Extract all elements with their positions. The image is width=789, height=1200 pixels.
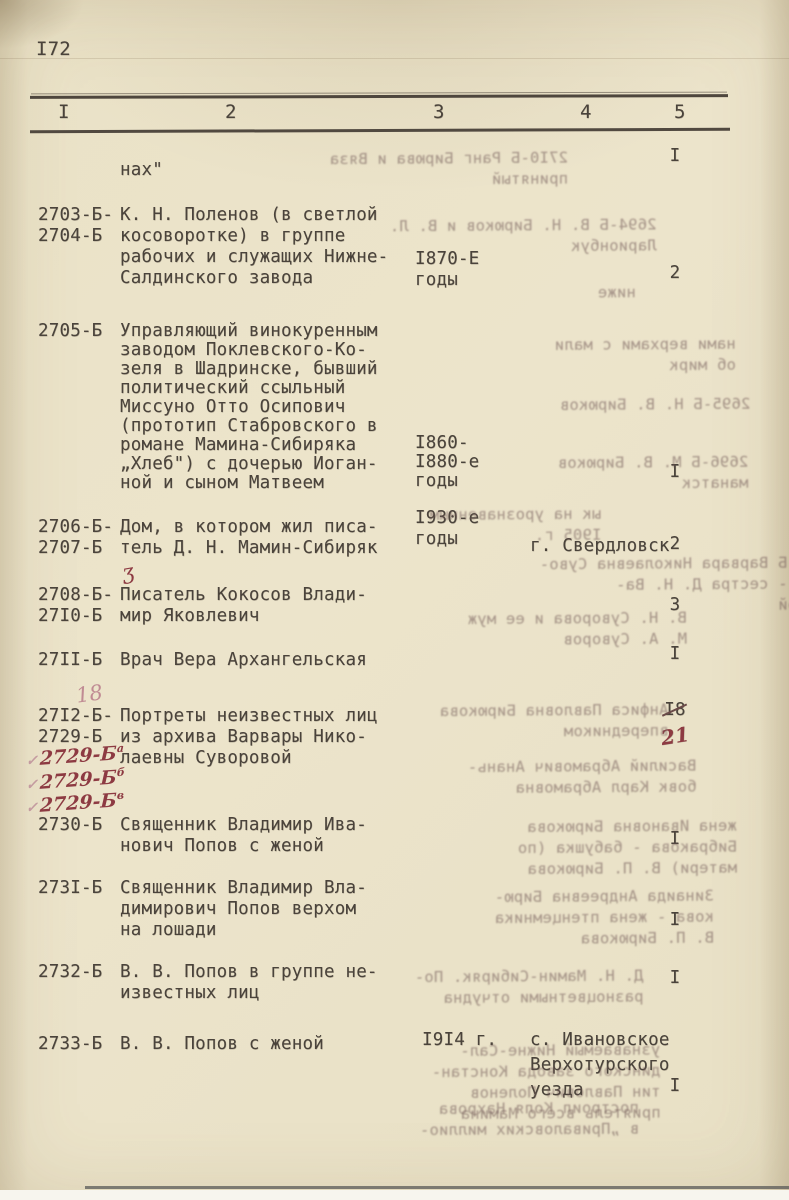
row-description-line: рабочих и служащих Нижне- — [120, 247, 388, 268]
bleedthrough-text: 2694-Б В. Н. Бирюков и В. Л. Ларионбук — [390, 214, 657, 258]
row-description-line: (прототип Стабровского в — [120, 417, 378, 436]
row-description: К. Н. Поленов (в светлойкосоворотке) в г… — [120, 205, 388, 289]
row-description-line: романе Мамина-Сибиряка — [120, 436, 378, 455]
row-description: Врач Вера Архангельская — [120, 650, 367, 671]
column-header-1: I — [58, 101, 70, 123]
row-description: Дом, в котором жил писа-тель Д. Н. Мамин… — [120, 517, 378, 559]
row-id: 2703-Б-2704-Б — [38, 205, 113, 247]
scan-edge-strip — [0, 1190, 789, 1200]
row-count-value: I — [670, 968, 681, 988]
check-mark-icon: ✓ — [26, 753, 38, 770]
row-id-line: 2706-Б- — [38, 517, 113, 538]
row-description: Священник Владимир Ива-нович Попов с жен… — [120, 815, 367, 857]
row-description-line: В. В. Попов с женой — [120, 1034, 324, 1055]
row-date-line: годы — [415, 270, 479, 291]
row-id: 2705-Б — [38, 322, 102, 341]
row-id: 2708-Б-27I0-Б — [38, 585, 113, 627]
row-description-line: Салдинского завода — [120, 268, 388, 289]
row-description: В. В. Попов в группе не-известных лиц — [120, 962, 378, 1004]
row-description-line: нах" — [120, 160, 163, 181]
row-description-line: Дом, в котором жил писа- — [120, 517, 378, 538]
added-id-sup: б — [117, 766, 125, 780]
row-id: 2732-Б — [38, 962, 102, 983]
row-id-line: 27I0-Б — [38, 606, 113, 627]
row-date-line: годы — [415, 472, 479, 491]
row-id: 273I-Б — [38, 878, 102, 899]
bleedthrough-text: 2696-Б М. В. Бирюков манатск — [558, 451, 749, 494]
row-id-line: 27I2-Б- — [38, 706, 113, 727]
bleedthrough-text: Д. Н. Мамин-Сибиряк. По- разноцветными о… — [415, 965, 644, 1009]
added-id-sup: а — [117, 742, 125, 756]
row-description: В. В. Попов с женой — [120, 1034, 324, 1055]
row-date: I860-I880-егоды — [415, 434, 479, 491]
row-id-line: 2708-Б- — [38, 585, 113, 606]
row-count: 2 — [652, 534, 698, 554]
bleedthrough-text: 2695-Б Н. В. Бирюков — [560, 393, 751, 415]
column-header-3: 3 — [433, 101, 445, 123]
check-mark-icon: ✓ — [26, 800, 38, 817]
row-date-line: I860- — [415, 434, 479, 453]
bleedthrough-text: Зинаида Андреевна Бирю- кова - жена птен… — [495, 885, 715, 950]
row-id: 2706-Б-2707-Б — [38, 517, 113, 559]
row-id: 27I2-Б-2729-Б — [38, 706, 113, 748]
bleedthrough-text: В. Н. Суворова и ее муж М. А. Суворов — [468, 607, 688, 651]
row-id-line: 2707-Б — [38, 538, 113, 559]
row-description-line: Священник Владимир Вла- — [120, 878, 367, 899]
row-description-line: В. В. Попов в группе не- — [120, 962, 378, 983]
bleedthrough-text: Василий Абрамович Анань- бовк Карл Абрам… — [468, 755, 697, 799]
row-description-line: димирович Попов верхом — [120, 899, 367, 920]
column-header-2: 2 — [225, 101, 237, 123]
row-date-line: I880-е — [415, 453, 479, 472]
row-description-line: косоворотке) в группе — [120, 226, 388, 247]
row-count: I — [652, 968, 698, 988]
check-mark-icon: ✓ — [26, 777, 38, 794]
row-description-line: заводом Поклевского-Ко- — [120, 341, 378, 360]
column-header-5: 5 — [674, 101, 686, 123]
row-id: 27II-Б — [38, 650, 102, 671]
bleedthrough-text: ык на урознавенным I905 г. — [430, 503, 602, 546]
row-count: 2 — [652, 263, 698, 283]
row-count-value: I — [670, 146, 681, 166]
row-id-line: 2703-Б- — [38, 205, 113, 226]
row-count-value: I — [670, 1076, 681, 1096]
added-id-text: 2729-Б — [39, 742, 117, 769]
bleedthrough-text: ниже — [598, 282, 636, 303]
row-description-line: известных лиц — [120, 983, 378, 1004]
column-header-4: 4 — [580, 101, 592, 123]
row-count-value: 2 — [670, 263, 681, 283]
row-id-line: 273I-Б — [38, 878, 102, 899]
paper-crease — [0, 58, 789, 59]
row-description-line: Миссуно Отто Осипович — [120, 398, 378, 417]
row-description-line: из архива Варвары Нико- — [120, 727, 378, 748]
row-id-line: 2704-Б — [38, 226, 113, 247]
added-id-sup: в — [117, 789, 125, 803]
handwritten-squiggle: ʒ — [120, 559, 136, 585]
bleedthrough-text: Анфиса Павловна Бирюкова впередником — [440, 699, 669, 743]
row-description-line: ной и сыном Матвеем — [120, 474, 378, 493]
row-description-line: зеля в Шадринске, бывший — [120, 360, 378, 379]
row-id-line: 2733-Б — [38, 1034, 102, 1055]
bleedthrough-text: жена Ивановна Бирюкова Бибракова - бабуш… — [518, 815, 738, 880]
table-header-rule — [30, 128, 730, 133]
added-id-text: 2729-Б — [39, 789, 117, 816]
row-id-line: 2705-Б — [38, 322, 102, 341]
table-top-rule — [30, 94, 728, 98]
row-description-line: нович Попов с женой — [120, 836, 367, 857]
row-id-line: 2730-Б — [38, 815, 102, 836]
scanned-document-page: I72 I2345 нах"I2703-Б-2704-БК. Н. Полено… — [0, 0, 789, 1200]
row-description-line: мир Яковлевич — [120, 606, 367, 627]
row-description-line: политический ссыльный — [120, 379, 378, 398]
row-description-line: „Хлеб") с дочерью Иоган- — [120, 455, 378, 474]
row-description: Священник Владимир Вла-димирович Попов в… — [120, 878, 367, 941]
row-description-line: Управляющий винокуренным — [120, 322, 378, 341]
handwritten-pencil-18: 18 — [74, 680, 104, 707]
row-description-line: Писатель Кокосов Влади- — [120, 585, 367, 606]
row-count-value: 2 — [670, 534, 681, 554]
row-description-line: лаевны Суворовой — [120, 748, 378, 769]
row-id: 2730-Б — [38, 815, 102, 836]
page-number: I72 — [36, 38, 71, 60]
row-description-line: Священник Владимир Ива- — [120, 815, 367, 836]
row-id: 2733-Б — [38, 1034, 102, 1055]
scan-edge-line — [85, 1186, 789, 1189]
row-description: Портреты неизвестных лициз архива Варвар… — [120, 706, 378, 769]
row-description-line: Портреты неизвестных лиц — [120, 706, 378, 727]
row-description-line: К. Н. Поленов (в светлой — [120, 205, 388, 226]
row-description: Писатель Кокосов Влади-мир Яковлевич — [120, 585, 367, 627]
row-id-line: 27II-Б — [38, 650, 102, 671]
row-count: I — [652, 146, 698, 166]
row-description-line: Врач Вера Архангельская — [120, 650, 367, 671]
row-description-line: на лошади — [120, 920, 367, 941]
bleedthrough-text: нами верхами с мали об мирк — [555, 333, 736, 376]
row-id-line: 2732-Б — [38, 962, 102, 983]
bleedthrough-text: построил Коля Нахрова в „Приваловских ми… — [420, 1097, 640, 1141]
row-description: Управляющий винокуреннымзаводом Поклевск… — [120, 322, 378, 493]
row-description-line: тель Д. Н. Мамин-Сибиряк — [120, 538, 378, 559]
bleedthrough-text: 27I0-Б Ранг Бирюва и Вяза принятый — [330, 147, 569, 191]
row-description: нах" — [120, 160, 163, 181]
